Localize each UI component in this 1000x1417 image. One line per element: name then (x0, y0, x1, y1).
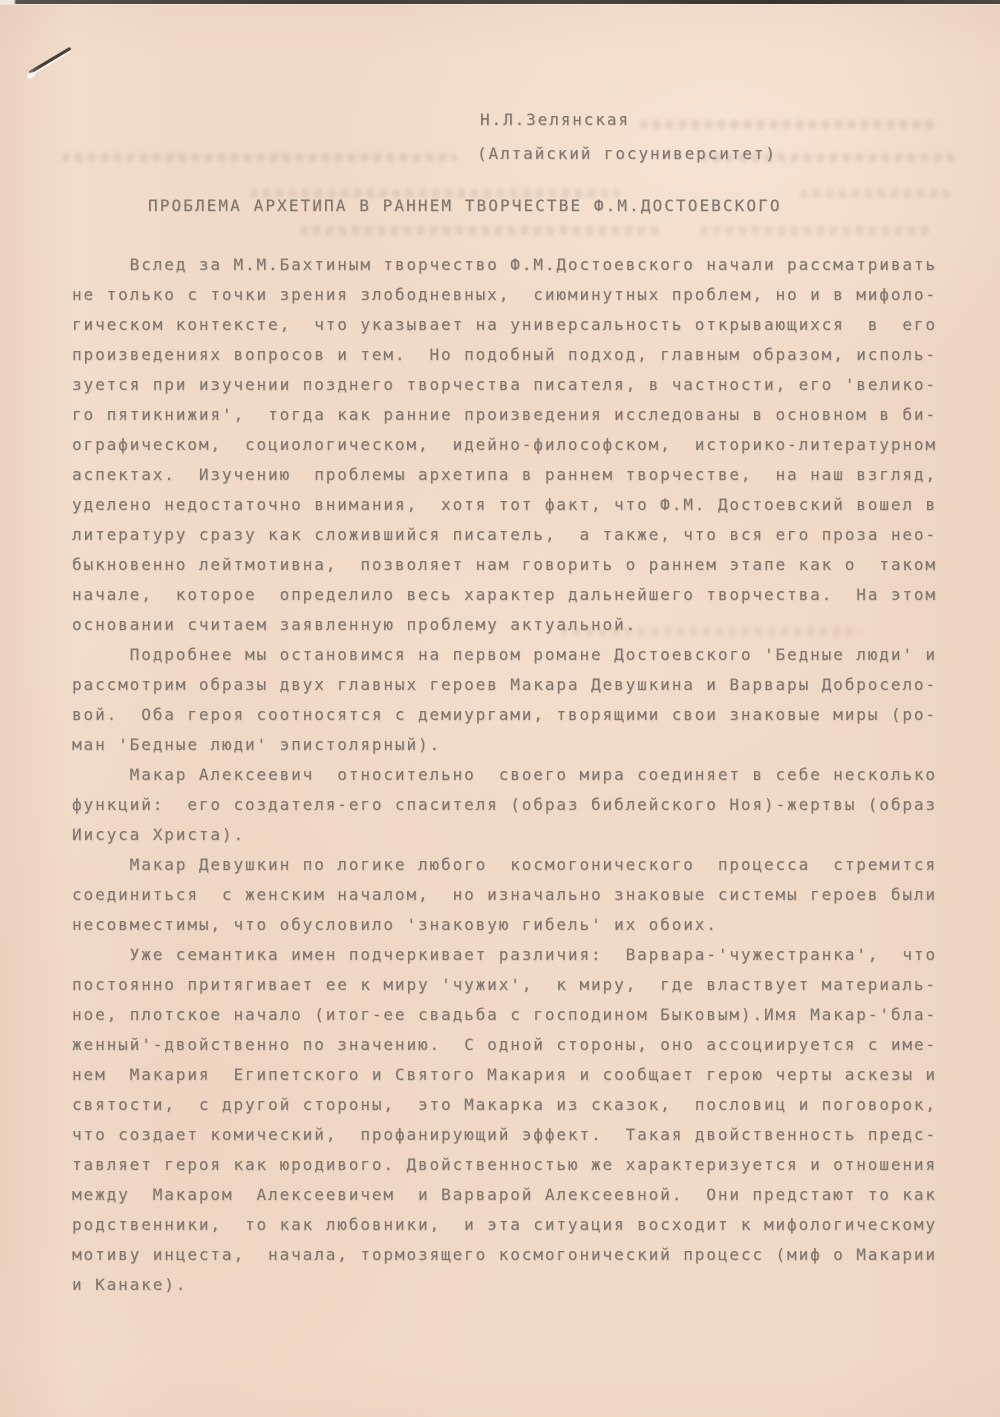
body-text: Вслед за М.М.Бахтиным творчество Ф.М.Дос… (72, 250, 972, 1300)
text-line: Иисуса Христа). (72, 820, 972, 850)
text-line: что создает комический, профанирующий эф… (72, 1120, 972, 1150)
text-line: Подробнее мы остановимся на первом роман… (72, 640, 972, 670)
text-line: аспектах. Изучению проблемы архетипа в р… (72, 460, 972, 490)
text-line: тавляет героя как юродивого. Двойственно… (72, 1150, 972, 1180)
text-line: зуется при изучении позднего творчества … (72, 370, 972, 400)
text-line: рассмотрим образы двух главных героев Ма… (72, 670, 972, 700)
bleed-through-smudge (62, 153, 457, 162)
text-line: соединиться с женским началом, но изнача… (72, 880, 972, 910)
text-line: литературу сразу как сложившийся писател… (72, 520, 972, 550)
text-line: и Канаке). (72, 1270, 972, 1300)
text-line: постоянно притягивает ее к миру 'чужих',… (72, 970, 972, 1000)
paragraph: Макар Алексеевич относительно своего мир… (72, 760, 972, 850)
bleed-through-smudge (700, 226, 930, 235)
bleed-through-smudge (300, 226, 660, 235)
text-line: функций: его создателя-его спасителя (об… (72, 790, 972, 820)
paragraph: Уже семантика имен подчеркивает различия… (72, 940, 972, 1300)
text-line: женный'-двойственно по значению. С одной… (72, 1030, 972, 1060)
text-line: ографическом, социологическом, идейно-фи… (72, 430, 972, 460)
text-line: Уже семантика имен подчеркивает различия… (72, 940, 972, 970)
paragraph: Подробнее мы остановимся на первом роман… (72, 640, 972, 760)
text-line: уделено недостаточно внимания, хотя тот … (72, 490, 972, 520)
text-line: нем Макария Египетского и Святого Макари… (72, 1060, 972, 1090)
text-line: гическом контексте, что указывает на уни… (72, 310, 972, 340)
text-line: Вслед за М.М.Бахтиным творчество Ф.М.Дос… (72, 250, 972, 280)
text-line: родственники, то как любовники, и эта си… (72, 1210, 972, 1240)
paragraph: Макар Девушкин по логике любого космогон… (72, 850, 972, 940)
text-line: произведениях вопросов и тем. Но подобны… (72, 340, 972, 370)
text-line: мотиву инцеста, начала, тормозящего косм… (72, 1240, 972, 1270)
text-line: основании считаем заявленную проблему ак… (72, 610, 972, 640)
text-line: начале, которое определило весь характер… (72, 580, 972, 610)
text-line: ное, плотское начало (итог-ее свадьба с … (72, 1000, 972, 1030)
text-line: Макар Девушкин по логике любого космогон… (72, 850, 972, 880)
pen-mark (29, 47, 72, 74)
scan-top-edge (0, 0, 1000, 4)
author-name: Н.Л.Зелянская (480, 110, 630, 129)
text-line: не только с точки зрения злободневных, с… (72, 280, 972, 310)
text-line: святости, с другой стороны, это Макарка … (72, 1090, 972, 1120)
text-line: между Макаром Алексеевичем и Варварой Ал… (72, 1180, 972, 1210)
paragraph: Вслед за М.М.Бахтиным творчество Ф.М.Дос… (72, 250, 972, 640)
text-line: ман 'Бедные люди' эпистолярный). (72, 730, 972, 760)
bleed-through-smudge (800, 189, 950, 198)
document-page: Н.Л.Зелянская (Алтайский госуниверситет)… (0, 0, 1000, 1417)
text-line: го пятикнижия', тогда как ранние произве… (72, 400, 972, 430)
text-line: быкновенно лейтмотивна, позволяет нам го… (72, 550, 972, 580)
bleed-through-smudge (640, 120, 940, 129)
text-line: несовместимы, что обусловило 'знаковую г… (72, 910, 972, 940)
affiliation: (Алтайский госуниверситет) (477, 144, 777, 163)
paper-title: ПРОБЛЕМА АРХЕТИПА В РАННЕМ ТВОРЧЕСТВЕ Ф.… (148, 196, 782, 215)
text-line: вой. Оба героя соотносятся с демиургами,… (72, 700, 972, 730)
text-line: Макар Алексеевич относительно своего мир… (72, 760, 972, 790)
